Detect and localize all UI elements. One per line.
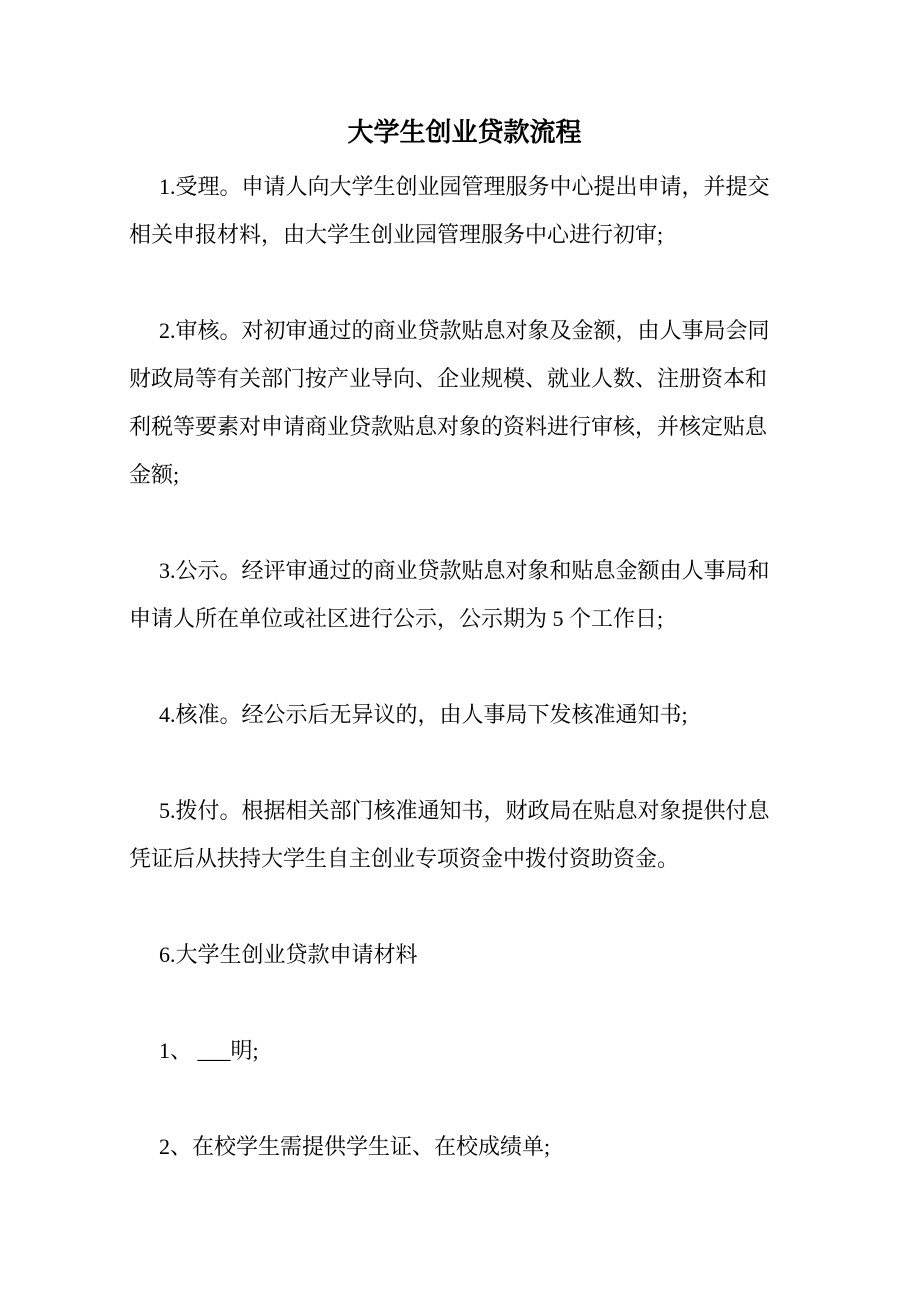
document-title: 大学生创业贷款流程 (129, 113, 800, 153)
paragraph-line: 金额; (129, 451, 800, 499)
paragraph-line: 1、 ___明; (129, 1027, 800, 1075)
paragraph-line: 4.核准。经公示后无异议的，由人事局下发核准通知书; (129, 691, 800, 739)
paragraph-approval: 4.核准。经公示后无异议的，由人事局下发核准通知书; (129, 691, 800, 739)
paragraph-line: 申请人所在单位或社区进行公示，公示期为 5 个工作日; (129, 595, 800, 643)
paragraph-line: 5.拨付。根据相关部门核准通知书，财政局在贴息对象提供付息 (129, 787, 800, 835)
paragraph-line: 2、在校学生需提供学生证、在校成绩单; (129, 1123, 800, 1171)
paragraph-publicity: 3.公示。经评审通过的商业贷款贴息对象和贴息金额由人事局和 申请人所在单位或社区… (129, 547, 800, 643)
paragraph-line: 财政局等有关部门按产业导向、企业规模、就业人数、注册资本和 (129, 355, 800, 403)
document-page: 大学生创业贷款流程 1.受理。申请人向大学生创业园管理服务中心提出申请，并提交 … (0, 0, 920, 1302)
list-item-certificate: 1、 ___明; (129, 1027, 800, 1075)
paragraph-line: 凭证后从扶持大学生自主创业专项资金中拨付资助资金。 (129, 835, 800, 883)
paragraph-review: 2.审核。对初审通过的商业贷款贴息对象及金额，由人事局会同 财政局等有关部门按产… (129, 307, 800, 499)
paragraph-acceptance: 1.受理。申请人向大学生创业园管理服务中心提出申请，并提交 相关申报材料，由大学… (129, 163, 800, 259)
paragraph-materials-heading: 6.大学生创业贷款申请材料 (129, 931, 800, 979)
paragraph-appropriation: 5.拨付。根据相关部门核准通知书，财政局在贴息对象提供付息 凭证后从扶持大学生自… (129, 787, 800, 883)
paragraph-line: 相关申报材料，由大学生创业园管理服务中心进行初审; (129, 211, 800, 259)
paragraph-line: 1.受理。申请人向大学生创业园管理服务中心提出申请，并提交 (129, 163, 800, 211)
paragraph-line: 6.大学生创业贷款申请材料 (129, 931, 800, 979)
paragraph-line: 2.审核。对初审通过的商业贷款贴息对象及金额，由人事局会同 (129, 307, 800, 355)
paragraph-line: 3.公示。经评审通过的商业贷款贴息对象和贴息金额由人事局和 (129, 547, 800, 595)
list-item-student-documents: 2、在校学生需提供学生证、在校成绩单; (129, 1123, 800, 1171)
paragraph-line: 利税等要素对申请商业贷款贴息对象的资料进行审核，并核定贴息 (129, 403, 800, 451)
